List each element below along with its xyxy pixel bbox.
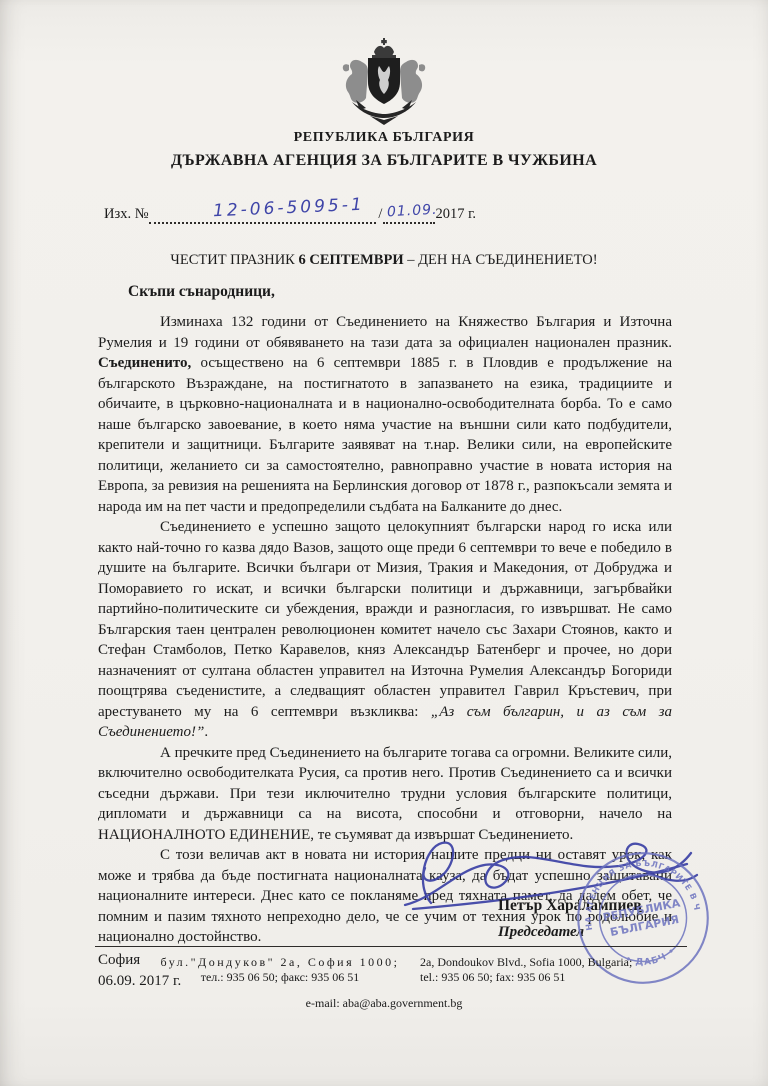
paragraph-2-post: . [204,724,208,740]
ref-date-handwritten: 01.09. [387,202,438,221]
footer-address-bg: бул."Дондуков" 2а, София 1000; тел.: 935… [150,955,410,985]
footer-address-en-line1: 2a, Dondoukov Blvd., Sofia 1000, Bulgari… [420,955,632,970]
footer-address-bg-line2: тел.: 935 06 50; факс: 935 06 51 [150,970,410,985]
ref-separator: / [376,206,383,224]
footer-email: e-mail: aba@aba.government.bg [0,996,768,1011]
paragraph-3: А пречките пред Съединението на българит… [98,743,672,846]
ref-label: Изх. № [104,206,149,224]
paragraph-2: Съединението е успешно защото целокупния… [98,517,672,743]
coat-of-arms-icon [332,38,436,128]
paragraph-2-pre: Съединението е успешно защото целокупния… [98,519,672,720]
footer-address-en: 2a, Dondoukov Blvd., Sofia 1000, Bulgari… [420,955,632,985]
ref-number-dotted-line: 12-06-5095-1 [149,208,377,224]
paragraph-1-post: осъществено на 6 септември 1885 г. в Пло… [98,355,672,515]
ref-year: 2017 г. [435,206,476,224]
letter-title: ЧЕСТИТ ПРАЗНИК 6 СЕПТЕМВРИ – ДЕН НА СЪЕД… [0,252,768,269]
country-name: РЕПУБЛИКА БЪЛГАРИЯ [0,130,768,146]
letter-title-bold: 6 СЕПТЕМВРИ [298,252,403,268]
footer-divider [95,946,687,947]
ref-number-row: Изх. № 12-06-5095-1 / 01.09. 2017 г. [104,206,476,224]
paragraph-1-pre: Изминаха 132 години от Съединението на К… [98,314,672,351]
letter-title-post: – ДЕН НА СЪЕДИНЕНИЕТО! [404,252,598,268]
ref-number-handwritten: 12-06-5095-1 [212,195,364,222]
paragraph-1: Изминаха 132 години от Съединението на К… [98,312,672,517]
signer-title: Председател [498,924,584,941]
footer-address-en-line2: tel.: 935 06 50; fax: 935 06 51 [420,970,632,985]
letter-title-pre: ЧЕСТИТ ПРАЗНИК [170,252,298,268]
ref-date-dotted-line: 01.09. [383,208,435,224]
scanned-letter-page: РЕПУБЛИКА БЪЛГАРИЯ ДЪРЖАВНА АГЕНЦИЯ ЗА Б… [0,0,768,1086]
emblem-wrap [0,38,768,133]
footer-address-bg-line1: бул."Дондуков" 2а, София 1000; [150,955,410,970]
salutation: Скъпи сънародници, [128,283,275,301]
paragraph-1-bold: Съединенито, [98,355,191,371]
agency-name: ДЪРЖАВНА АГЕНЦИЯ ЗА БЪЛГАРИТЕ В ЧУЖБИНА [0,152,768,170]
